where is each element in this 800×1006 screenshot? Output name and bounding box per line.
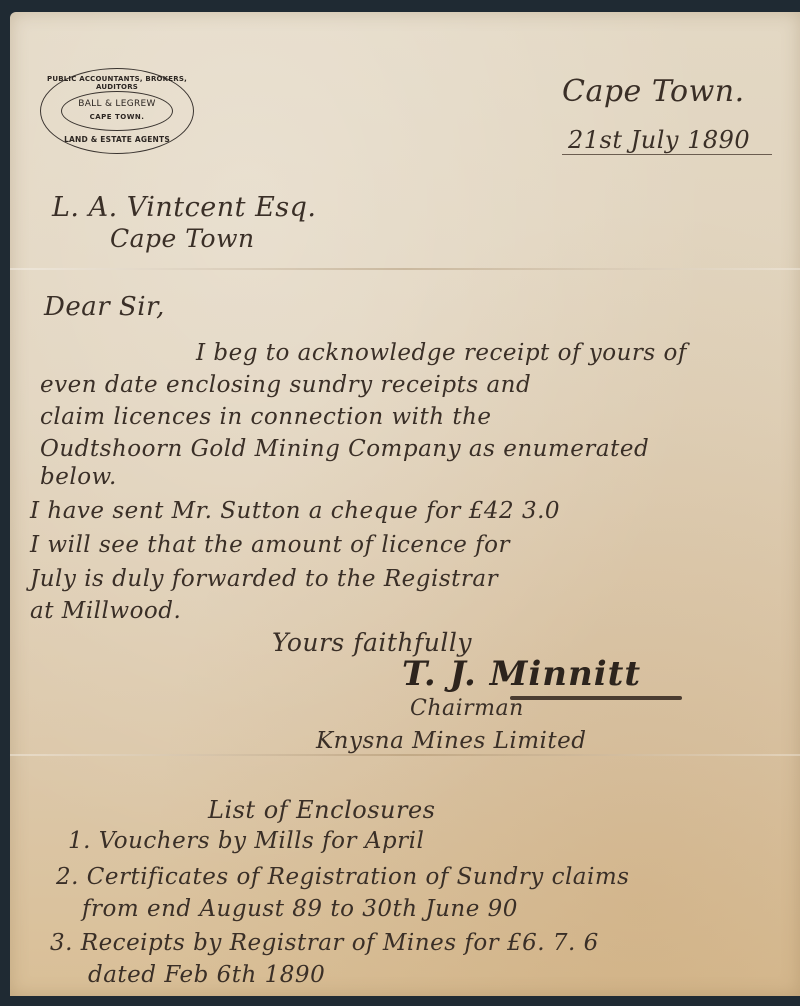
- enclosure-item-3: 3. Receipts by Registrar of Mines for £6…: [50, 930, 599, 956]
- enclosures-heading: List of Enclosures: [208, 796, 435, 824]
- body-line-8: July is duly forwarded to the Registrar: [30, 566, 498, 592]
- stamp-firm-name: BALL & LEGREW: [41, 99, 193, 109]
- signatory-title: Chairman: [410, 696, 524, 721]
- enclosure-item-2-cont: from end August 89 to 30th June 90: [82, 896, 518, 922]
- fold-line-lower: [10, 754, 800, 756]
- stamp-bottom-text: LAND & ESTATE AGENTS: [41, 135, 193, 144]
- body-line-6: I have sent Mr. Sutton a cheque for £42 …: [30, 498, 560, 524]
- stamp-top-text: PUBLIC ACCOUNTANTS, BROKERS, AUDITORS: [41, 75, 193, 91]
- signatory-company: Knysna Mines Limited: [316, 728, 586, 754]
- stamp-inner-ring: [61, 91, 173, 131]
- body-line-2: even date enclosing sundry receipts and: [40, 372, 531, 398]
- recipient-name: L. A. Vintcent Esq.: [52, 192, 317, 223]
- body-line-5: below.: [40, 464, 117, 490]
- body-line-3: claim licences in connection with the: [40, 404, 492, 430]
- salutation: Dear Sir,: [44, 292, 165, 322]
- enclosure-item-3-cont: dated Feb 6th 1890: [88, 962, 325, 988]
- dateline-place: Cape Town.: [562, 74, 745, 109]
- recipient-address: Cape Town: [110, 224, 255, 253]
- enclosure-item-1: 1. Vouchers by Mills for April: [68, 828, 424, 854]
- signature: T. J. Minnitt: [402, 654, 641, 694]
- body-line-1: I beg to acknowledge receipt of yours of: [196, 340, 687, 366]
- letter-paper: PUBLIC ACCOUNTANTS, BROKERS, AUDITORS BA…: [10, 12, 800, 996]
- body-line-7: I will see that the amount of licence fo…: [30, 532, 510, 558]
- enclosure-item-2: 2. Certificates of Registration of Sundr…: [56, 864, 629, 890]
- fold-line-upper: [10, 268, 800, 270]
- dateline-date: 21st July 1890: [568, 126, 750, 154]
- date-underline: [562, 154, 772, 155]
- body-line-9: at Millwood.: [30, 598, 181, 624]
- stamp-city: CAPE TOWN.: [41, 113, 193, 121]
- body-line-4: Oudtshoorn Gold Mining Company as enumer…: [40, 436, 649, 462]
- valediction: Yours faithfully: [272, 628, 472, 657]
- signature-underline: [510, 696, 682, 700]
- letterhead-stamp: PUBLIC ACCOUNTANTS, BROKERS, AUDITORS BA…: [40, 68, 194, 154]
